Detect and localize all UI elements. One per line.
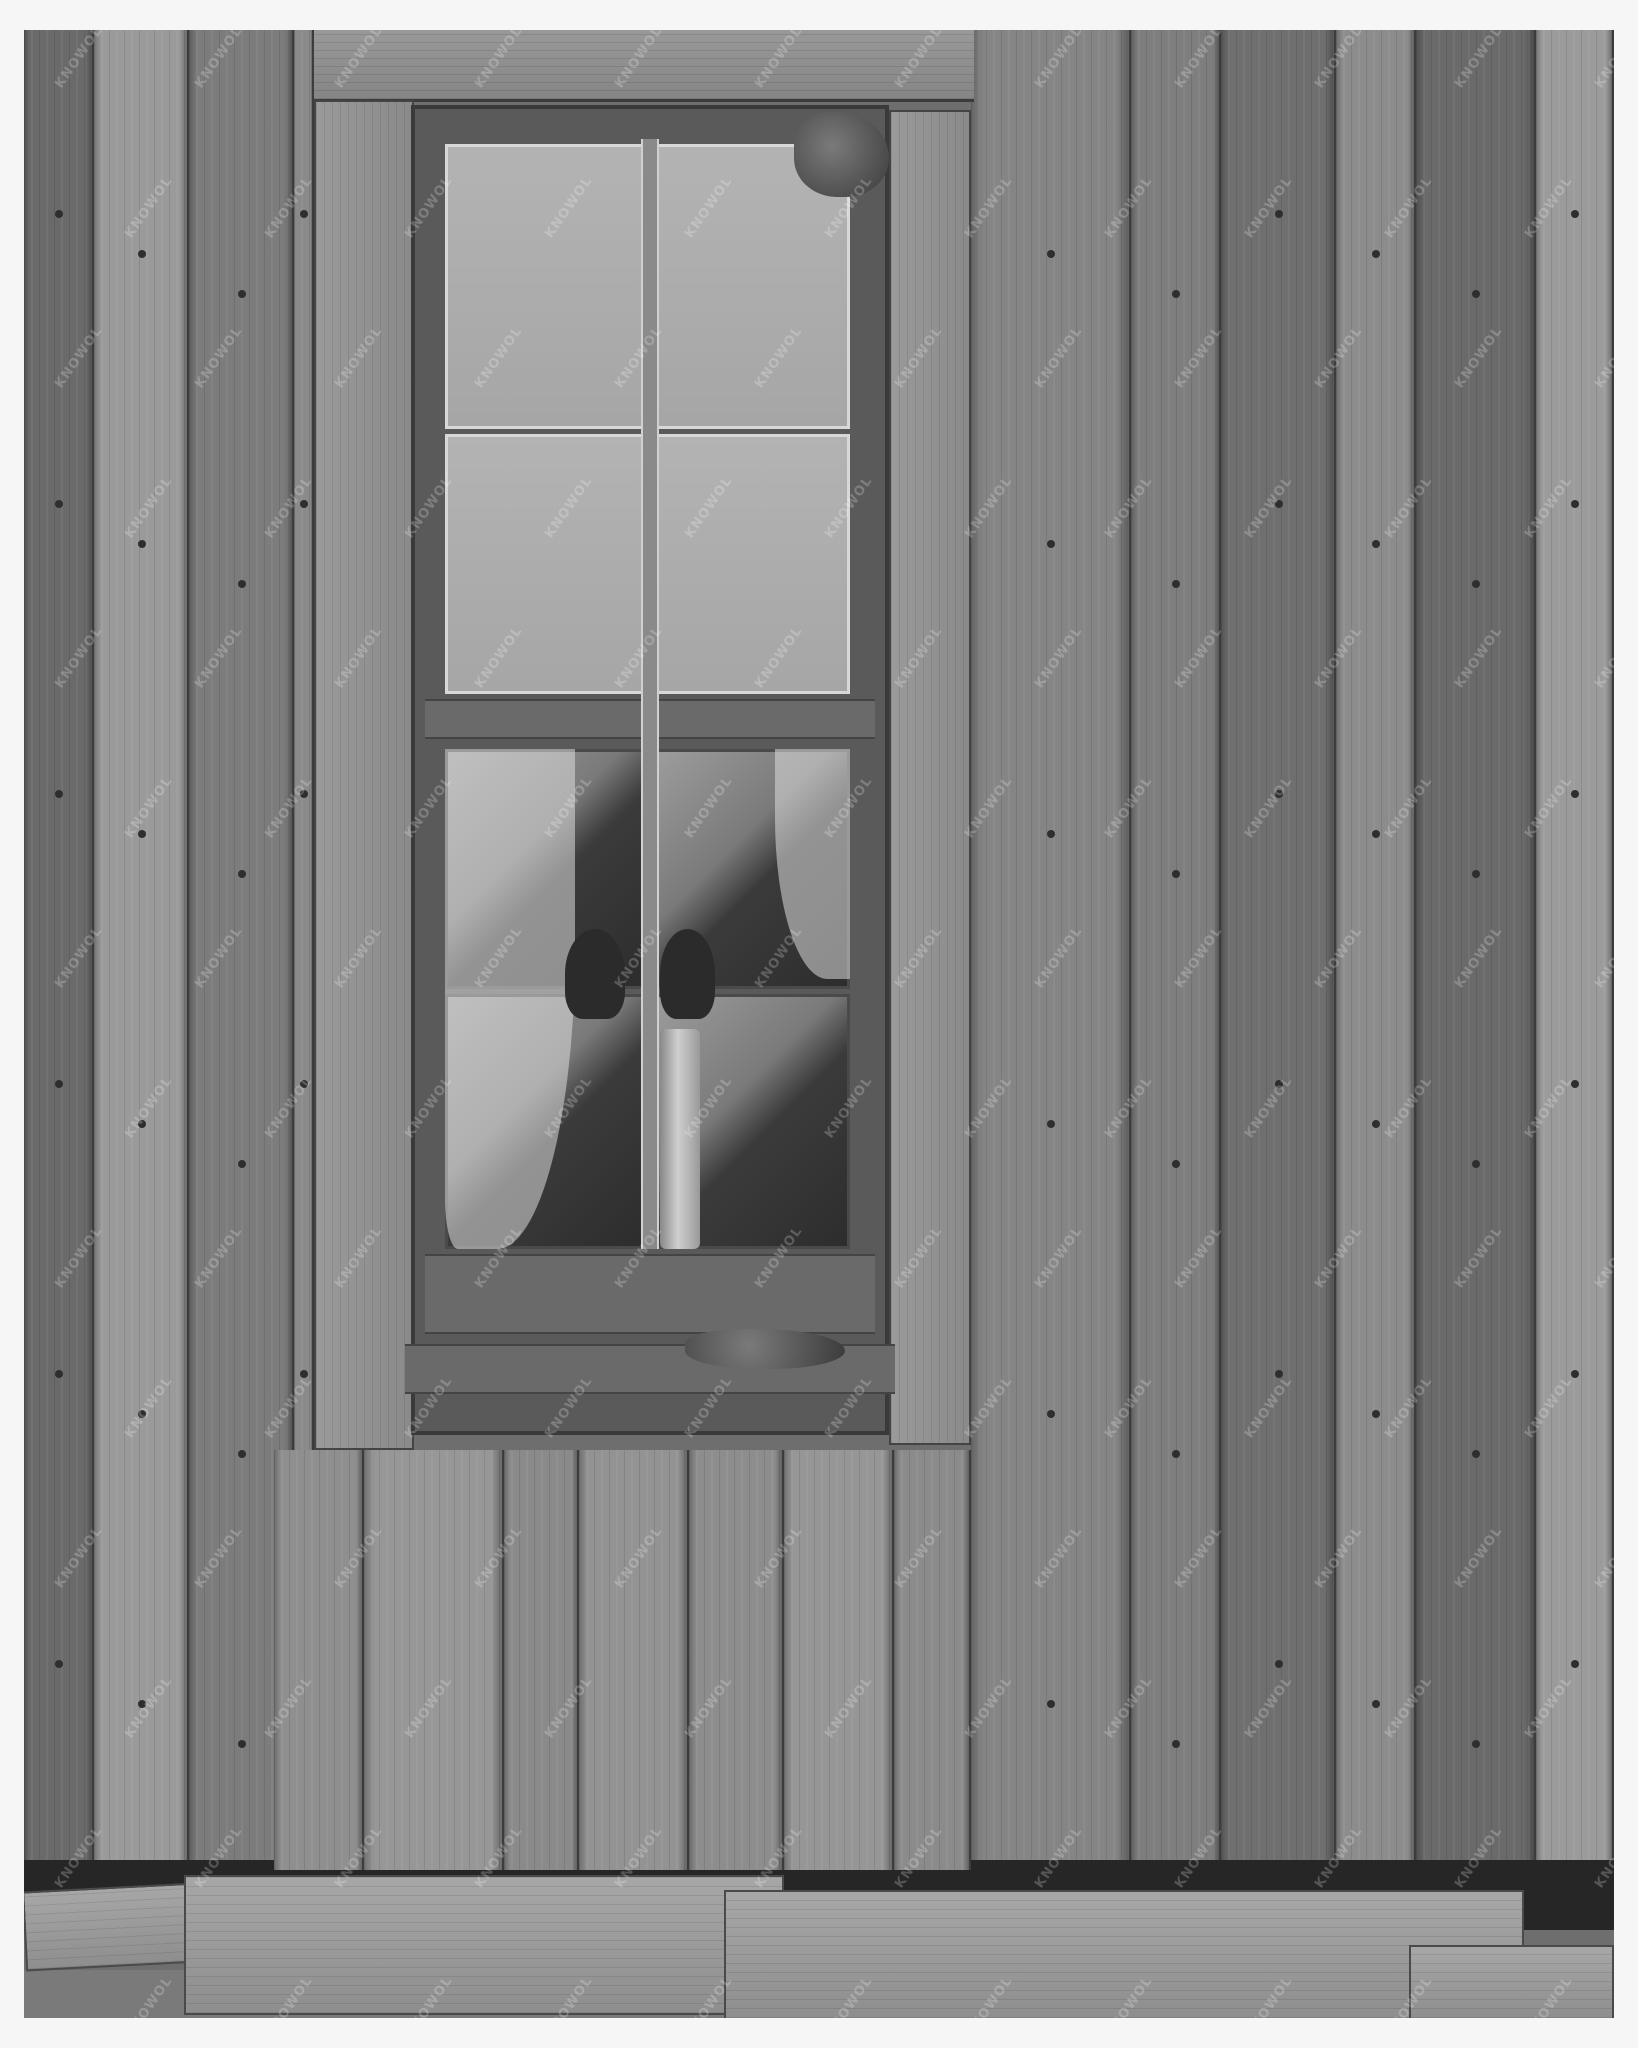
- nail: [238, 1450, 246, 1458]
- nail: [1275, 500, 1283, 508]
- nail: [1571, 1370, 1579, 1378]
- wall-board: [971, 30, 1131, 1860]
- wall-board: [94, 30, 189, 1860]
- nail: [238, 290, 246, 298]
- interior-pipe: [660, 1029, 700, 1249]
- bottom-rail: [425, 1254, 875, 1334]
- nail: [300, 210, 308, 218]
- nail: [1172, 1160, 1180, 1168]
- photograph: KNOWOLKNOWOLKNOWOLKNOWOLKNOWOLKNOWOLKNOW…: [24, 30, 1614, 2018]
- interior-silhouette: [565, 929, 625, 1019]
- nail: [300, 1080, 308, 1088]
- window-trim-left: [314, 100, 414, 1450]
- nail: [1472, 290, 1480, 298]
- nail: [138, 1120, 146, 1128]
- nail: [138, 1410, 146, 1418]
- nail: [1372, 250, 1380, 258]
- nail: [138, 540, 146, 548]
- upper-pane-bottom-left: [445, 434, 645, 694]
- window-trim-right: [889, 110, 971, 1445]
- nail: [55, 500, 63, 508]
- nail: [1472, 1450, 1480, 1458]
- nail: [1472, 1740, 1480, 1748]
- nail: [300, 500, 308, 508]
- nail: [1172, 1450, 1180, 1458]
- skirt-board: [579, 1450, 689, 1870]
- nail: [1047, 1410, 1055, 1418]
- nail: [1047, 540, 1055, 548]
- foreground-plank-4: [1409, 1945, 1614, 2018]
- nail: [1275, 1370, 1283, 1378]
- nail: [300, 1370, 308, 1378]
- foreground-plank-2: [184, 1875, 784, 2015]
- nail: [1047, 250, 1055, 258]
- window-mullion: [641, 139, 659, 1249]
- skirt-board: [504, 1450, 579, 1870]
- upper-pane-bottom-right: [655, 434, 850, 694]
- nail: [55, 210, 63, 218]
- nail: [1571, 790, 1579, 798]
- interior-silhouette-2: [660, 929, 715, 1019]
- skirt-board: [784, 1450, 894, 1870]
- wall-board: [1416, 30, 1536, 1860]
- window-header-board: [314, 30, 974, 102]
- nail: [1047, 1120, 1055, 1128]
- nail: [1275, 210, 1283, 218]
- wall-board: [1336, 30, 1416, 1860]
- nail: [1275, 1080, 1283, 1088]
- nail: [1571, 1660, 1579, 1668]
- nail: [1372, 1410, 1380, 1418]
- nail: [55, 1660, 63, 1668]
- nail: [55, 1370, 63, 1378]
- nail: [1047, 830, 1055, 838]
- nail: [138, 1700, 146, 1708]
- nail: [1472, 870, 1480, 878]
- nail: [1472, 1160, 1480, 1168]
- nail: [1372, 1120, 1380, 1128]
- wall-board: [24, 30, 94, 1860]
- nail: [1172, 580, 1180, 588]
- wall-board: [1221, 30, 1336, 1860]
- foreground-plank-3: [724, 1890, 1524, 2018]
- nail: [238, 1740, 246, 1748]
- nail: [1275, 790, 1283, 798]
- wall-board: [1131, 30, 1221, 1860]
- nail: [238, 870, 246, 878]
- nail: [238, 1160, 246, 1168]
- nail: [1047, 1700, 1055, 1708]
- nail: [55, 1080, 63, 1088]
- nail: [1372, 830, 1380, 838]
- skirt-board: [689, 1450, 784, 1870]
- skirt-board: [274, 1450, 364, 1870]
- rag-on-sill: [685, 1329, 845, 1369]
- nail: [1172, 290, 1180, 298]
- nail: [1571, 500, 1579, 508]
- nail: [55, 790, 63, 798]
- nail: [1571, 1080, 1579, 1088]
- nail: [300, 790, 308, 798]
- nail: [238, 580, 246, 588]
- nail: [1372, 1700, 1380, 1708]
- nail: [1172, 870, 1180, 878]
- nail: [1472, 580, 1480, 588]
- upper-pane-top-left: [445, 144, 645, 429]
- nail: [1275, 1660, 1283, 1668]
- skirt-board: [894, 1450, 971, 1870]
- nail: [1571, 210, 1579, 218]
- nail: [1372, 540, 1380, 548]
- nail: [138, 250, 146, 258]
- nail: [1172, 1740, 1180, 1748]
- nail: [138, 830, 146, 838]
- skirt-board: [364, 1450, 504, 1870]
- wall-board: [1536, 30, 1614, 1860]
- window: [411, 105, 889, 1435]
